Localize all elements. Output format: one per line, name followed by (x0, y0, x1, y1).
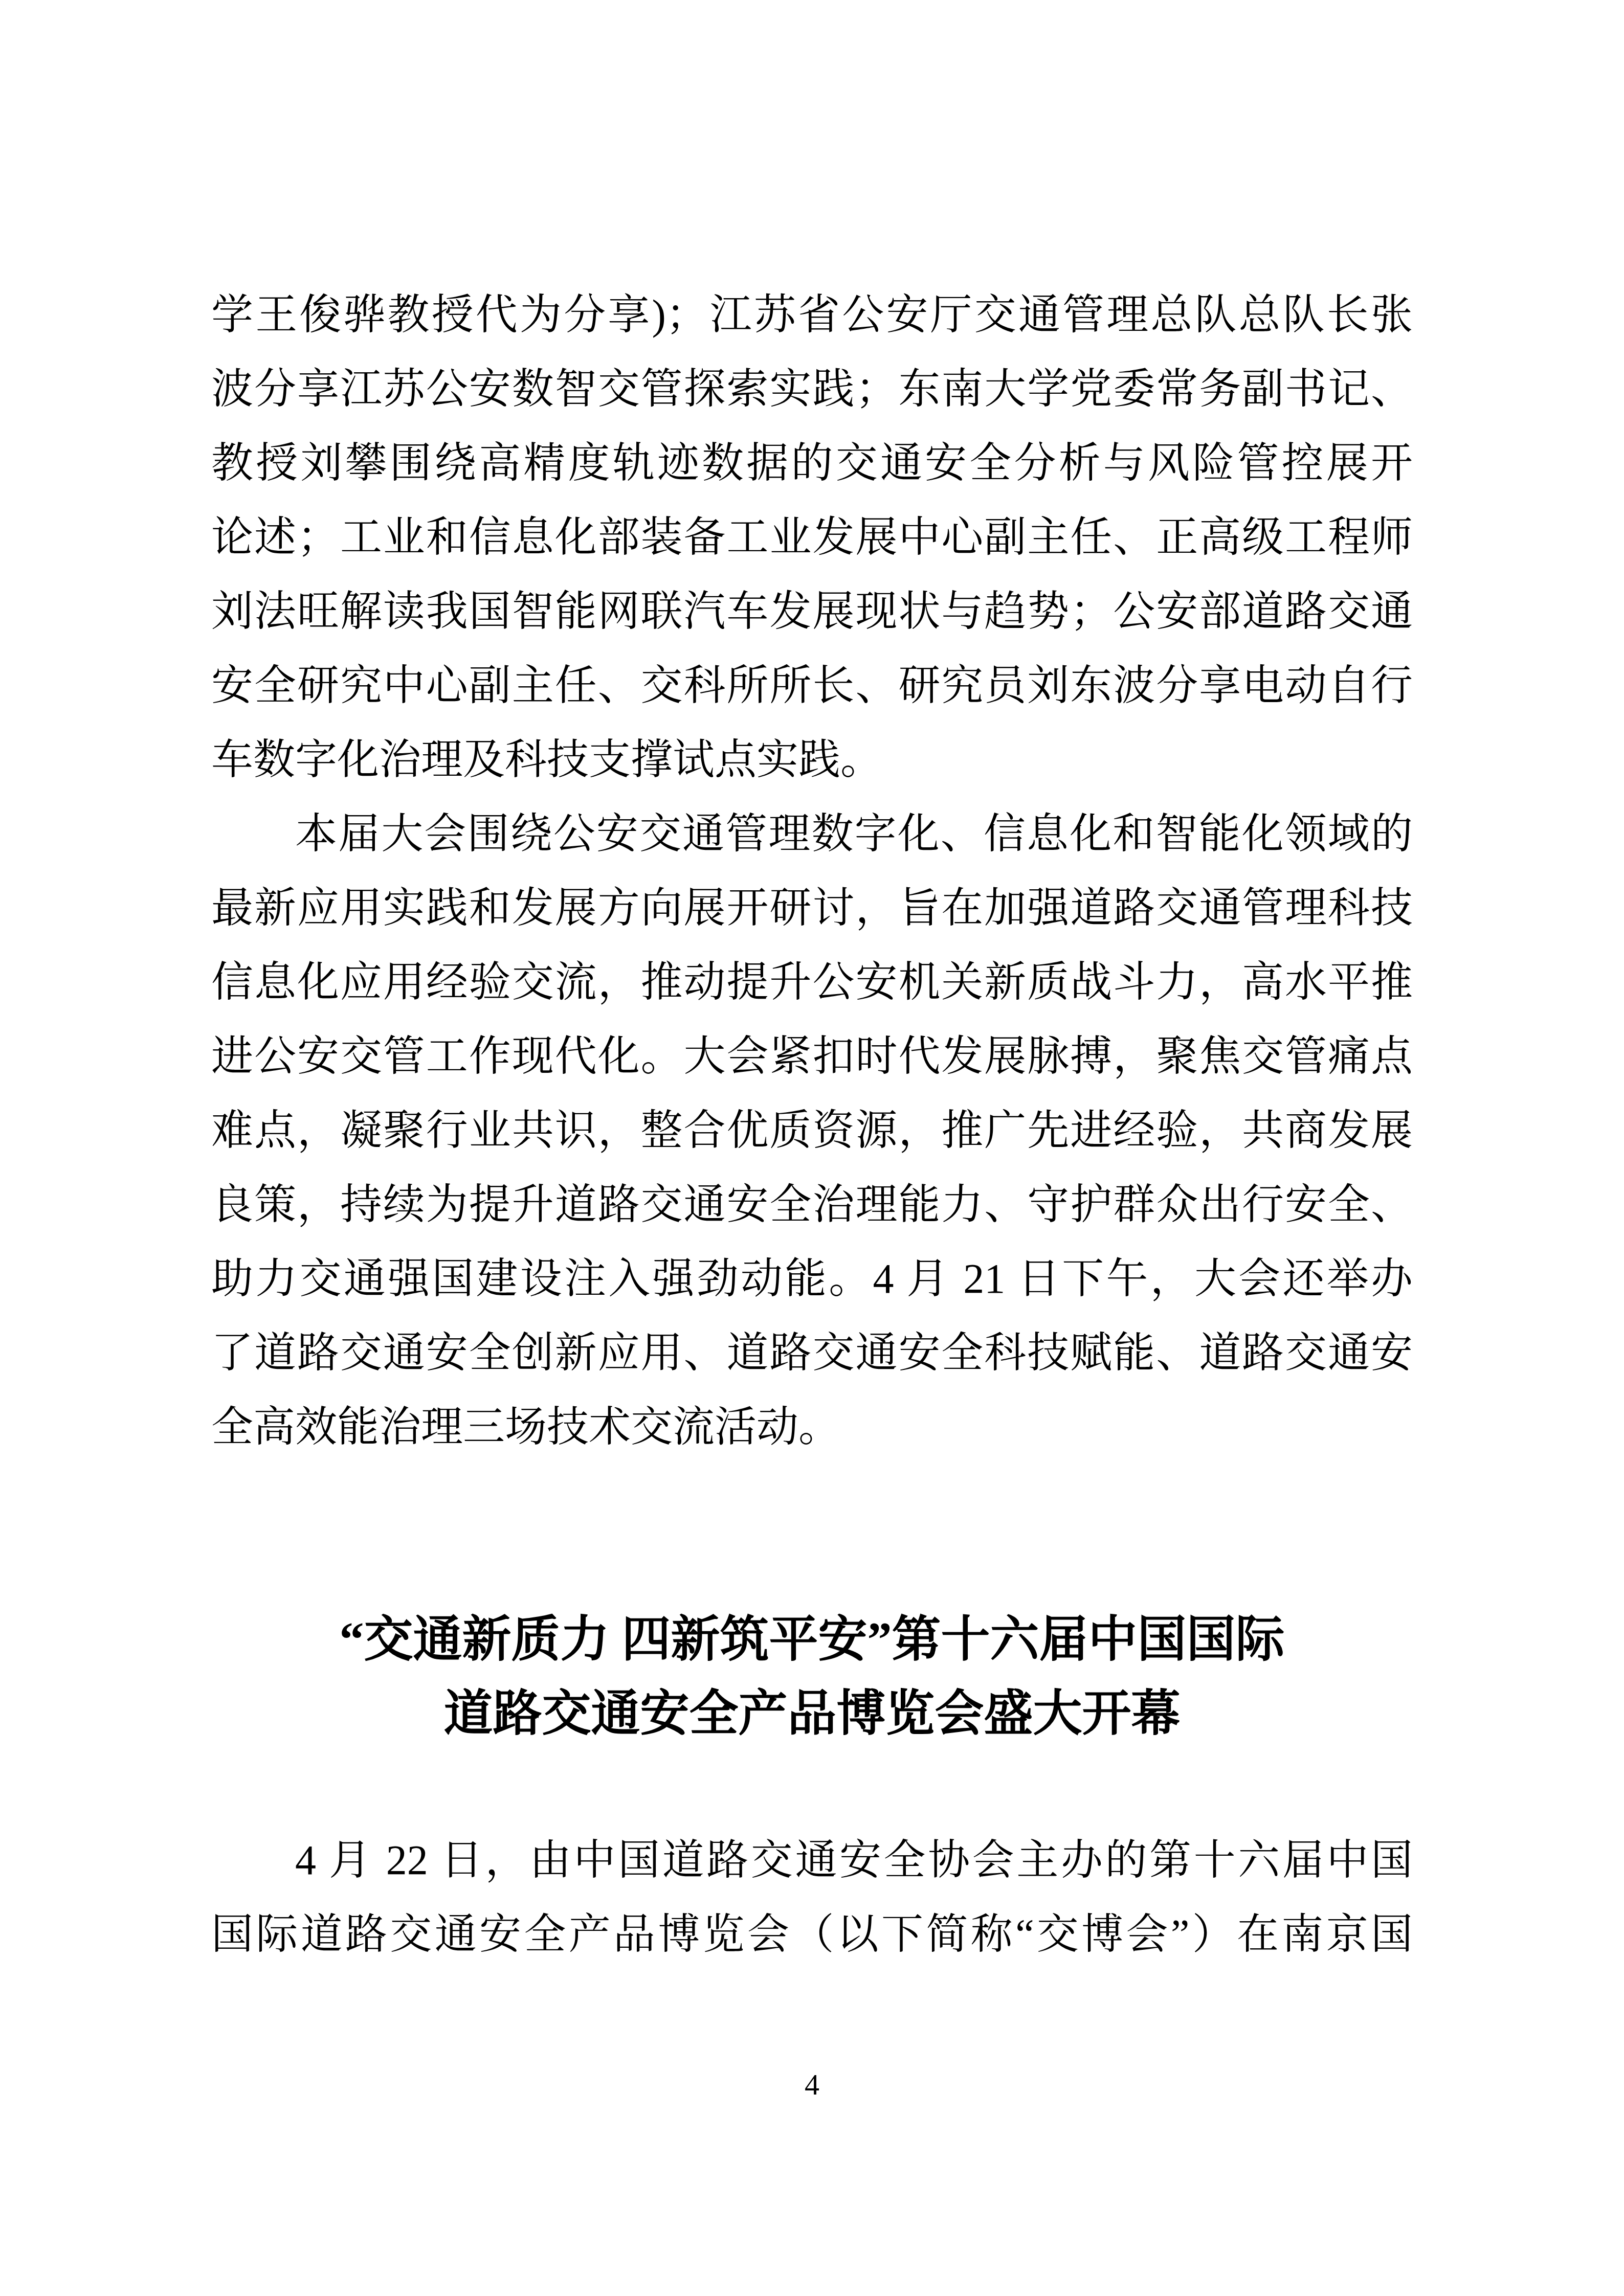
body-line: 信息化应用经验交流，推动提升公安机关新质战斗力，高水平推 (211, 945, 1413, 1019)
body-line: 进公安交管工作现代化。大会紧扣时代发展脉搏，聚焦交管痛点 (211, 1019, 1413, 1093)
document-page: 学王俊骅教授代为分享)；江苏省公安厅交通管理总队总队长张 波分享江苏公安数智交管… (0, 0, 1624, 2296)
body-line: 助力交通强国建设注入强劲动能。4 月 21 日下午，大会还举办 (211, 1242, 1413, 1316)
body-line: 刘法旺解读我国智能网联汽车发展现状与趋势；公安部道路交通 (211, 574, 1413, 648)
body-line: 车数字化治理及科技支撑试点实践。 (211, 723, 1413, 797)
heading-line: “交通新质力 四新筑平安”第十六届中国国际 (211, 1602, 1413, 1676)
body-line: 全高效能治理三场技术交流活动。 (211, 1390, 1413, 1464)
body-line: 国际道路交通安全产品博览会（以下简称“交博会”）在南京国 (211, 1897, 1413, 1971)
body-line: 4 月 22 日，由中国道路交通安全协会主办的第十六届中国 (211, 1823, 1413, 1897)
body-line: 教授刘攀围绕高精度轨迹数据的交通安全分析与风险管控展开 (211, 426, 1413, 500)
body-line: 论述；工业和信息化部装备工业发展中心副主任、正高级工程师 (211, 500, 1413, 574)
body-line: 良策，持续为提升道路交通安全治理能力、守护群众出行安全、 (211, 1167, 1413, 1242)
body-line: 最新应用实践和发展方向展开研讨，旨在加强道路交通管理科技 (211, 871, 1413, 945)
body-line: 本届大会围绕公安交通管理数字化、信息化和智能化领域的 (211, 797, 1413, 871)
page-number: 4 (211, 2066, 1413, 2104)
body-line: 难点，凝聚行业共识，整合优质资源，推广先进经验，共商发展 (211, 1093, 1413, 1167)
section-heading-expo: “交通新质力 四新筑平安”第十六届中国国际 道路交通安全产品博览会盛大开幕 (211, 1602, 1413, 1750)
body-line: 学王俊骅教授代为分享)；江苏省公安厅交通管理总队总队长张 (211, 278, 1413, 352)
body-line: 了道路交通安全创新应用、道路交通安全科技赋能、道路交通安 (211, 1316, 1413, 1390)
document-body: 学王俊骅教授代为分享)；江苏省公安厅交通管理总队总队长张 波分享江苏公安数智交管… (211, 278, 1413, 1971)
heading-line: 道路交通安全产品博览会盛大开幕 (211, 1676, 1413, 1750)
paragraph-expo-opening: 4 月 22 日，由中国道路交通安全协会主办的第十六届中国 国际道路交通安全产品… (211, 1823, 1413, 1971)
paragraph-speakers: 学王俊骅教授代为分享)；江苏省公安厅交通管理总队总队长张 波分享江苏公安数智交管… (211, 278, 1413, 797)
paragraph-conference-summary: 本届大会围绕公安交通管理数字化、信息化和智能化领域的 最新应用实践和发展方向展开… (211, 797, 1413, 1464)
body-line: 波分享江苏公安数智交管探索实践；东南大学党委常务副书记、 (211, 352, 1413, 426)
body-line: 安全研究中心副主任、交科所所长、研究员刘东波分享电动自行 (211, 648, 1413, 723)
